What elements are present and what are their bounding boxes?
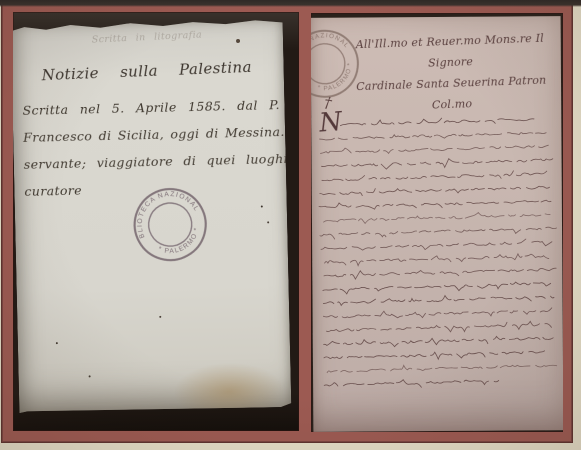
cursive-body-script	[314, 114, 562, 413]
frame-top-shadow	[0, 0, 581, 7]
faint-pencil-note: Scritta in litografia	[47, 27, 247, 47]
heading-line: Cardinale Santa Seuerina Patron Col.mo	[345, 69, 558, 118]
right-manuscript-page: BIBLIOTECA NAZIONALE * PALERMO * All'Ill…	[311, 16, 563, 432]
letter-heading: All'Ill.mo et Reuer.mo Mons.re Il Signor…	[344, 27, 559, 118]
right-page-window: BIBLIOTECA NAZIONALE * PALERMO * All'Ill…	[311, 13, 563, 432]
left-page-title: Notizie sulla Palestina	[31, 57, 262, 84]
heading-line: All'Ill.mo et Reuer.mo Mons.re Il Signor…	[344, 27, 557, 76]
left-manuscript-page: Scritta in litografia Notizie sulla Pale…	[13, 19, 291, 413]
framed-manuscript-photo: Scritta in litografia Notizie sulla Pale…	[0, 0, 581, 450]
left-page-window: Scritta in litografia Notizie sulla Pale…	[13, 12, 299, 431]
stain-smudge	[168, 359, 289, 414]
